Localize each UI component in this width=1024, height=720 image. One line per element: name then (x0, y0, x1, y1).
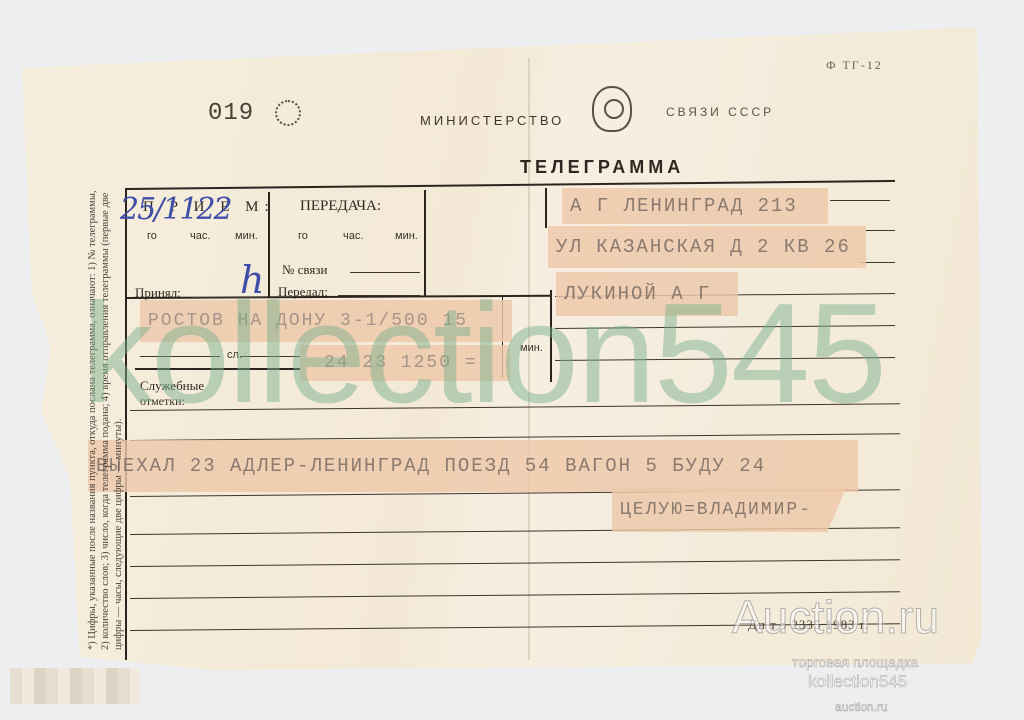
transmission-min-label: мин. (395, 230, 418, 242)
link-number-field[interactable] (350, 272, 420, 273)
transmission-header: ПЕРЕДАЧА: (300, 198, 381, 215)
address-line[interactable] (830, 200, 890, 201)
ministry-label: МИНИСТЕРСТВО (420, 113, 564, 128)
tape-message-line-1: ВЫЕХАЛ 23 АДЛЕР-ЛЕНИНГРАД ПОЕЗД 54 ВАГОН… (88, 440, 858, 492)
document-title: ТЕЛЕГРАММА (520, 157, 684, 178)
address-line[interactable] (865, 230, 895, 231)
form-code: Ф ТГ-12 (826, 58, 883, 73)
watermark-tagline: торговая площадка (792, 654, 918, 670)
transmission-hour-label: час. (343, 230, 363, 242)
ussr-emblem-icon (592, 86, 632, 132)
tape-address-line-1: А Г ЛЕНИНГРАД 213 (562, 188, 828, 224)
stamp-icon (275, 100, 301, 126)
transmission-day-label: го (298, 230, 308, 242)
address-divider-top (545, 188, 547, 228)
watermark-site-small: auction.ru (835, 700, 888, 714)
ministry-label-right: СВЯЗИ СССР (666, 105, 774, 119)
reception-min-label: мин. (235, 230, 258, 242)
tape-message-line-2: ЦЕЛУЮ=ВЛАДИМИР- (612, 488, 846, 532)
pixelated-region (10, 668, 140, 704)
reception-day-label: го (147, 230, 157, 242)
tape-address-line-2: УЛ КАЗАНСКАЯ Д 2 КВ 26 (548, 226, 866, 268)
watermark-site: Auction.ru (732, 590, 939, 644)
watermark-seller: kollection545 (82, 283, 885, 425)
serial-number: 019 (208, 100, 254, 127)
watermark-seller-small: kollection545 (808, 672, 907, 692)
reception-hour-label: час. (190, 230, 210, 242)
